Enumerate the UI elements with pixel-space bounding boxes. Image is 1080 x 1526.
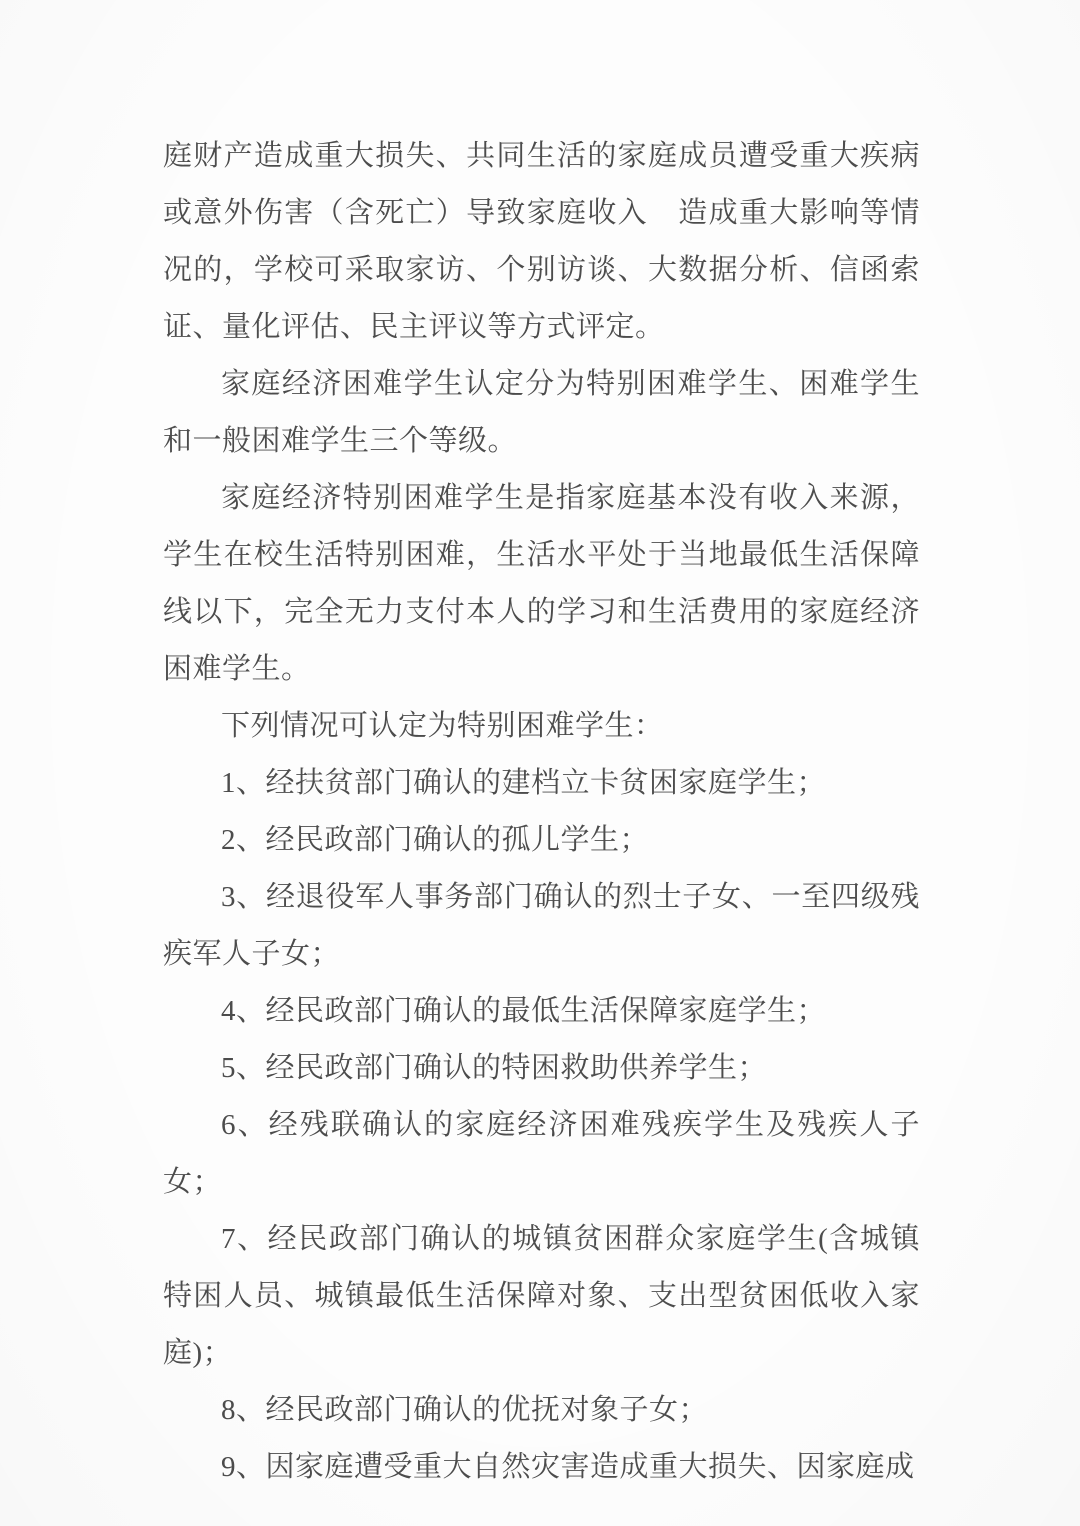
paragraph-13: 9、因家庭遭受重大自然灾害造成重大损失、因家庭成 bbox=[163, 1439, 920, 1496]
paragraph-4: 下列情况可认定为特别困难学生： bbox=[163, 698, 920, 755]
paragraph-12: 8、经民政部门确认的优抚对象子女； bbox=[163, 1382, 920, 1439]
paragraph-9: 5、经民政部门确认的特困救助供养学生； bbox=[163, 1040, 920, 1097]
paragraph-7: 3、经退役军人事务部门确认的烈士子女、一至四级残疾军人子女； bbox=[163, 869, 920, 983]
paragraph-6: 2、经民政部门确认的孤儿学生； bbox=[163, 812, 920, 869]
paragraph-1: 庭财产造成重大损失、共同生活的家庭成员遭受重大疾病或意外伤害（含死亡）导致家庭收… bbox=[163, 128, 920, 356]
paragraph-3: 家庭经济特别困难学生是指家庭基本没有收入来源，学生在校生活特别困难，生活水平处于… bbox=[163, 470, 920, 698]
paragraph-2: 家庭经济困难学生认定分为特别困难学生、困难学生和一般困难学生三个等级。 bbox=[163, 356, 920, 470]
document-photo: 庭财产造成重大损失、共同生活的家庭成员遭受重大疾病或意外伤害（含死亡）导致家庭收… bbox=[0, 0, 1080, 1526]
document-body: 庭财产造成重大损失、共同生活的家庭成员遭受重大疾病或意外伤害（含死亡）导致家庭收… bbox=[163, 128, 920, 1496]
paragraph-10: 6、经残联确认的家庭经济困难残疾学生及残疾人子女； bbox=[163, 1097, 920, 1211]
paragraph-5: 1、经扶贫部门确认的建档立卡贫困家庭学生； bbox=[163, 755, 920, 812]
paragraph-8: 4、经民政部门确认的最低生活保障家庭学生； bbox=[163, 983, 920, 1040]
paragraph-11: 7、经民政部门确认的城镇贫困群众家庭学生(含城镇特困人员、城镇最低生活保障对象、… bbox=[163, 1211, 920, 1382]
